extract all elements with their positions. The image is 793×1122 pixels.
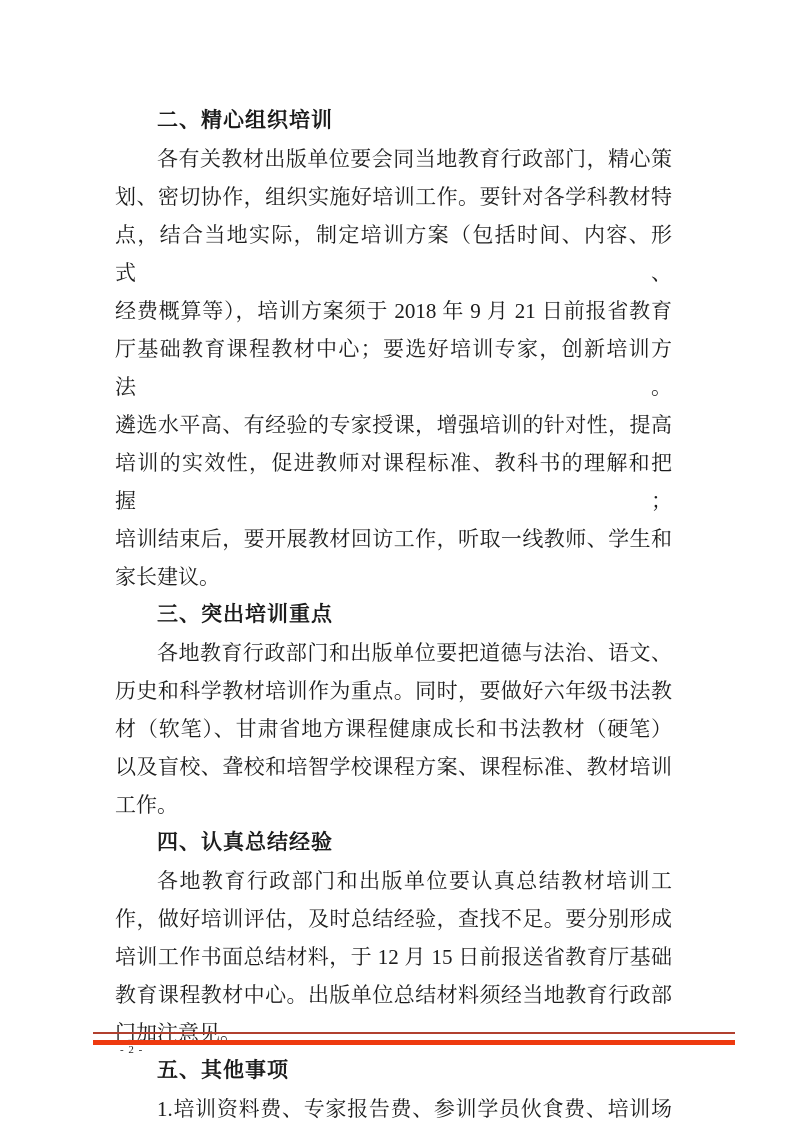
document-page: 二、精心组织培训 各有关教材出版单位要会同当地教育行政部门，精心策 划、密切协作… [0, 0, 793, 1122]
text-line: 1.培训资料费、专家报告费、参训学员伙食费、培训场 [115, 1090, 672, 1122]
text-line: 家长建议。 [115, 558, 672, 596]
document-body: 二、精心组织培训 各有关教材出版单位要会同当地教育行政部门，精心策 划、密切协作… [115, 102, 672, 1122]
text-line: 划、密切协作，组织实施好培训工作。要针对各学科教材特 [115, 178, 672, 216]
text-line: 教育课程教材中心。出版单位总结材料须经当地教育行政部 [115, 976, 672, 1014]
footer-rule-thick [93, 1040, 735, 1045]
text-line: 各地教育行政部门和出版单位要把道德与法治、语文、 [115, 634, 672, 672]
text-line: 以及盲校、聋校和培智学校课程方案、课程标准、教材培训 [115, 748, 672, 786]
text-line: 经费概算等），培训方案须于 2018 年 9 月 21 日前报省教育 [115, 292, 672, 330]
text-line: 材（软笔）、甘肃省地方课程健康成长和书法教材（硬笔） [115, 710, 672, 748]
text-line: 厅基础教育课程教材中心；要选好培训专家，创新培训方法。 [115, 330, 672, 406]
text-line: 各有关教材出版单位要会同当地教育行政部门，精心策 [115, 140, 672, 178]
text-line: 各地教育行政部门和出版单位要认真总结教材培训工 [115, 862, 672, 900]
text-line: 点，结合当地实际，制定培训方案（包括时间、内容、形式、 [115, 216, 672, 292]
text-line: 历史和科学教材培训作为重点。同时，要做好六年级书法教 [115, 672, 672, 710]
text-line: 培训工作书面总结材料，于 12 月 15 日前报送省教育厅基础 [115, 938, 672, 976]
footer-rule-thin [93, 1032, 735, 1034]
text-line: 作，做好培训评估，及时总结经验，查找不足。要分别形成 [115, 900, 672, 938]
text-line: 二、精心组织培训 [115, 102, 672, 140]
text-line: 培训结束后，要开展教材回访工作，听取一线教师、学生和 [115, 520, 672, 558]
page-number: - 2 - [120, 1043, 143, 1057]
text-line: 培训的实效性，促进教师对课程标准、教科书的理解和把握； [115, 444, 672, 520]
text-line: 四、认真总结经验 [115, 824, 672, 862]
text-line: 遴选水平高、有经验的专家授课，增强培训的针对性，提高 [115, 406, 672, 444]
text-line: 五、其他事项 [115, 1052, 672, 1090]
text-line: 工作。 [115, 786, 672, 824]
text-line: 三、突出培训重点 [115, 596, 672, 634]
